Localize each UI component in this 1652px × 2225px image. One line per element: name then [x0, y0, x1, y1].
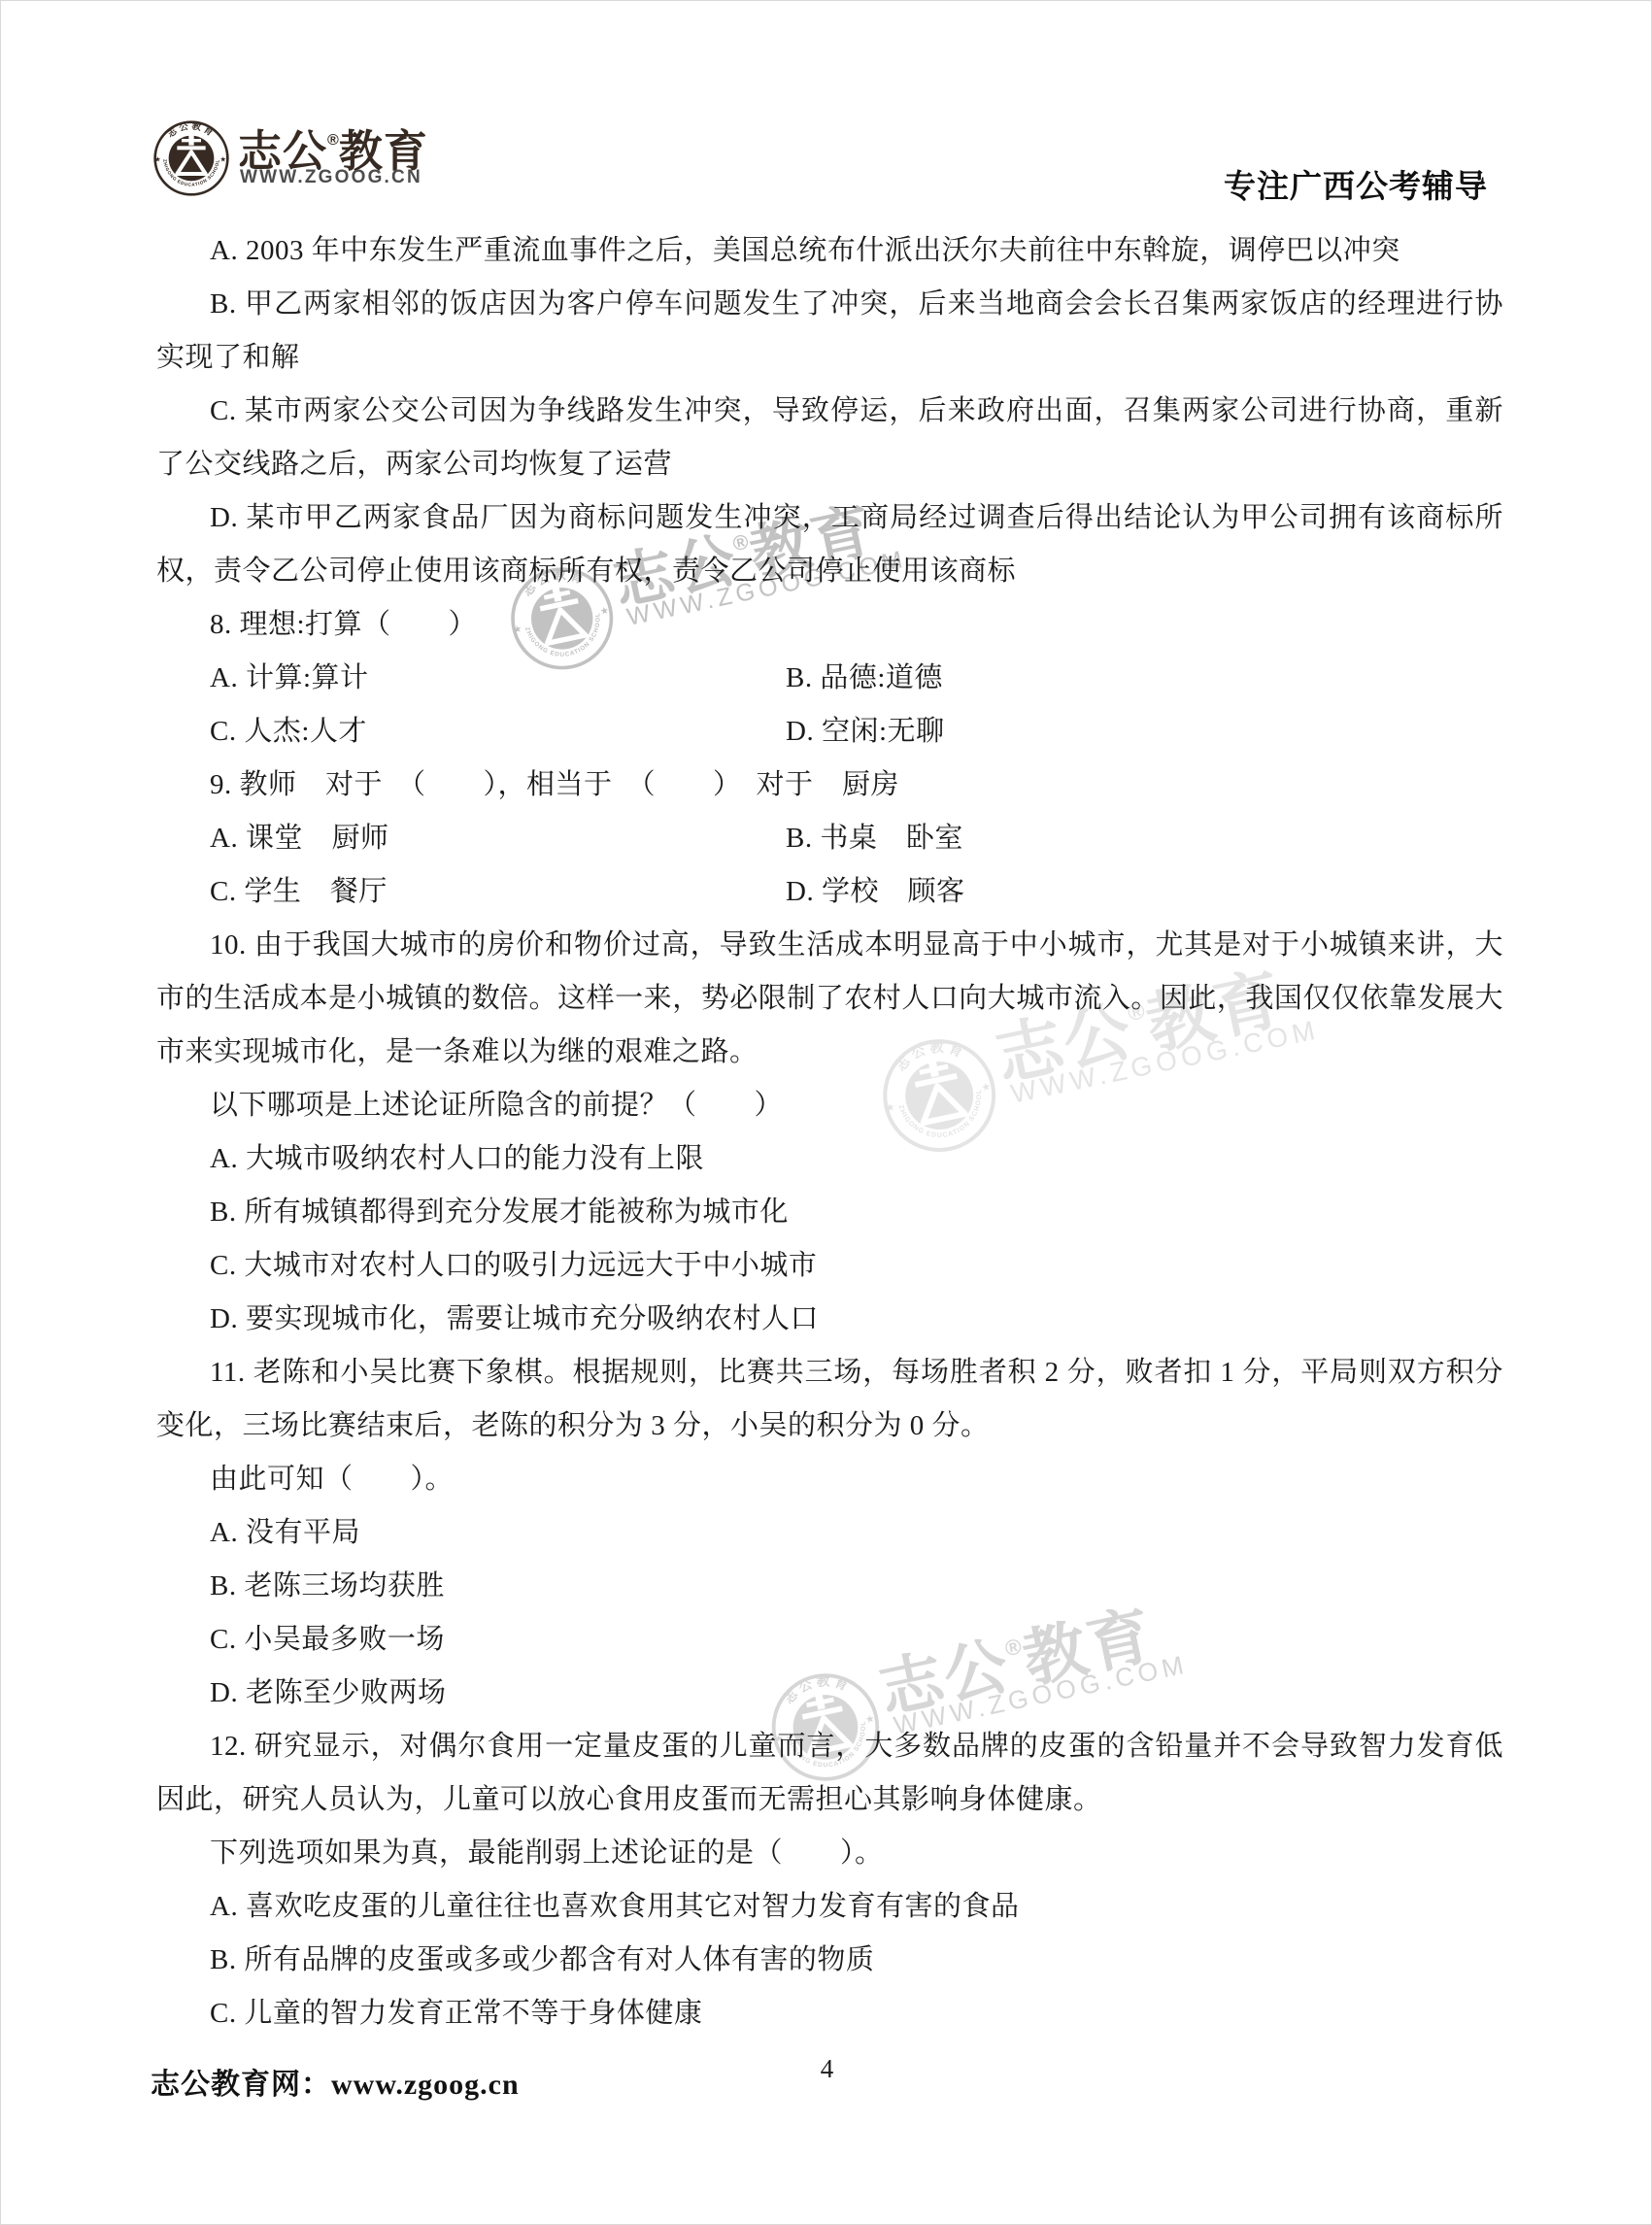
text-line: B. 甲乙两家相邻的饭店因为客户停车问题发生了冲突，后来当地商会会长召集两家饭店… — [156, 278, 1503, 331]
text-line: C. 儿童的智力发育正常不等于身体健康 — [156, 1987, 1503, 2040]
text-line: C. 人杰:人才D. 空闲:无聊 — [156, 705, 1503, 759]
text-line: A. 喜欢吃皮蛋的儿童往往也喜欢食用其它对智力发育有害的食品 — [156, 1880, 1503, 1934]
text-line: C. 学生 餐厅D. 学校 顾客 — [156, 865, 1503, 919]
text-line: 变化，三场比赛结束后，老陈的积分为 3 分，小吴的积分为 0 分。 — [156, 1399, 1503, 1453]
text-line: 9. 教师 对于 （ ），相当于 （ ） 对于 厨房 — [156, 759, 1503, 812]
text-line: 10. 由于我国大城市的房价和物价过高，导致生活成本明显高于中小城市，尤其是对于… — [156, 919, 1503, 972]
option-cell: C. 人杰:人才 — [156, 705, 367, 759]
text-line: 8. 理想:打算（ ） — [156, 598, 1503, 652]
text-line: D. 某市甲乙两家食品厂因为商标问题发生冲突，工商局经过调查后得出结论认为甲公司… — [156, 491, 1503, 545]
text-line: A. 课堂 厨师B. 书桌 卧室 — [156, 812, 1503, 865]
text-line: A. 大城市吸纳农村人口的能力没有上限 — [156, 1132, 1503, 1186]
text-line: D. 老陈至少败两场 — [156, 1667, 1503, 1720]
svg-text:★: ★ — [219, 154, 226, 163]
option-cell: A. 课堂 厨师 — [156, 812, 388, 865]
text-line: 由此可知（ ）。 — [156, 1453, 1503, 1506]
text-line: 市的生活成本是小城镇的数倍。这样一来，势必限制了农村人口向大城市流入。因此，我国… — [156, 972, 1503, 1026]
text-line: 11. 老陈和小吴比赛下象棋。根据规则，比赛共三场，每场胜者积 2 分，败者扣 … — [156, 1346, 1503, 1399]
seal-icon: 志公教育 ZHIGONG EDUCATION SCHOOL ★ ★ — [152, 119, 230, 197]
option-cell: B. 书桌 卧室 — [786, 812, 963, 865]
option-cell: A. 计算:算计 — [156, 652, 369, 705]
registered-mark-icon: ® — [327, 132, 339, 149]
text-line: B. 所有品牌的皮蛋或多或少都含有对人体有害的物质 — [156, 1934, 1503, 1987]
option-cell: C. 学生 餐厅 — [156, 865, 388, 919]
text-line: A. 2003 年中东发生严重流血事件之后，美国总统布什派出沃尔夫前往中东斡旋，… — [156, 224, 1503, 278]
text-line: B. 老陈三场均获胜 — [156, 1560, 1503, 1613]
text-line: A. 计算:算计B. 品德:道德 — [156, 652, 1503, 705]
brand-seal-icon: 志公教育 ZHIGONG EDUCATION SCHOOL ★ ★ — [152, 119, 230, 197]
text-line: 了公交线路之后，两家公司均恢复了运营 — [156, 438, 1503, 491]
text-line: 12. 研究显示，对偶尔食用一定量皮蛋的儿童而言，大多数品牌的皮蛋的含铅量并不会… — [156, 1720, 1503, 1773]
text-line: 以下哪项是上述论证所隐含的前提？（ ） — [156, 1079, 1503, 1132]
text-line: C. 某市两家公交公司因为争线路发生冲突，导致停运，后来政府出面，召集两家公司进… — [156, 385, 1503, 438]
option-cell: D. 空闲:无聊 — [786, 705, 945, 759]
text-line: 权，责令乙公司停止使用该商标所有权，责令乙公司停止使用该商标 — [156, 545, 1503, 598]
text-line: 实现了和解 — [156, 331, 1503, 385]
text-line: 下列选项如果为真，最能削弱上述论证的是（ ）。 — [156, 1827, 1503, 1880]
option-cell: B. 品德:道德 — [786, 652, 943, 705]
text-line: D. 要实现城市化，需要让城市充分吸纳农村人口 — [156, 1293, 1503, 1346]
text-line: B. 所有城镇都得到充分发展才能被称为城市化 — [156, 1186, 1503, 1239]
content: A. 2003 年中东发生严重流血事件之后，美国总统布什派出沃尔夫前往中东斡旋，… — [156, 224, 1503, 2040]
text-line: C. 小吴最多败一场 — [156, 1613, 1503, 1667]
option-cell: D. 学校 顾客 — [786, 865, 964, 919]
header-tagline: 专注广西公考辅导 — [1224, 161, 1488, 207]
page: 志公教育 ZHIGONG EDUCATION SCHOOL ★ ★ 志公®教育 … — [0, 0, 1652, 2225]
text-line: 因此，研究人员认为，儿童可以放心食用皮蛋而无需担心其影响身体健康。 — [156, 1773, 1503, 1827]
svg-text:★: ★ — [154, 154, 161, 163]
text-line: C. 大城市对农村人口的吸引力远远大于中小城市 — [156, 1239, 1503, 1293]
text-line: 市来实现城市化，是一条难以为继的艰难之路。 — [156, 1026, 1503, 1079]
brand-url: WWW.ZGOOG.CN — [240, 167, 422, 188]
page-number: 4 — [1, 2054, 1652, 2084]
text-line: A. 没有平局 — [156, 1506, 1503, 1560]
